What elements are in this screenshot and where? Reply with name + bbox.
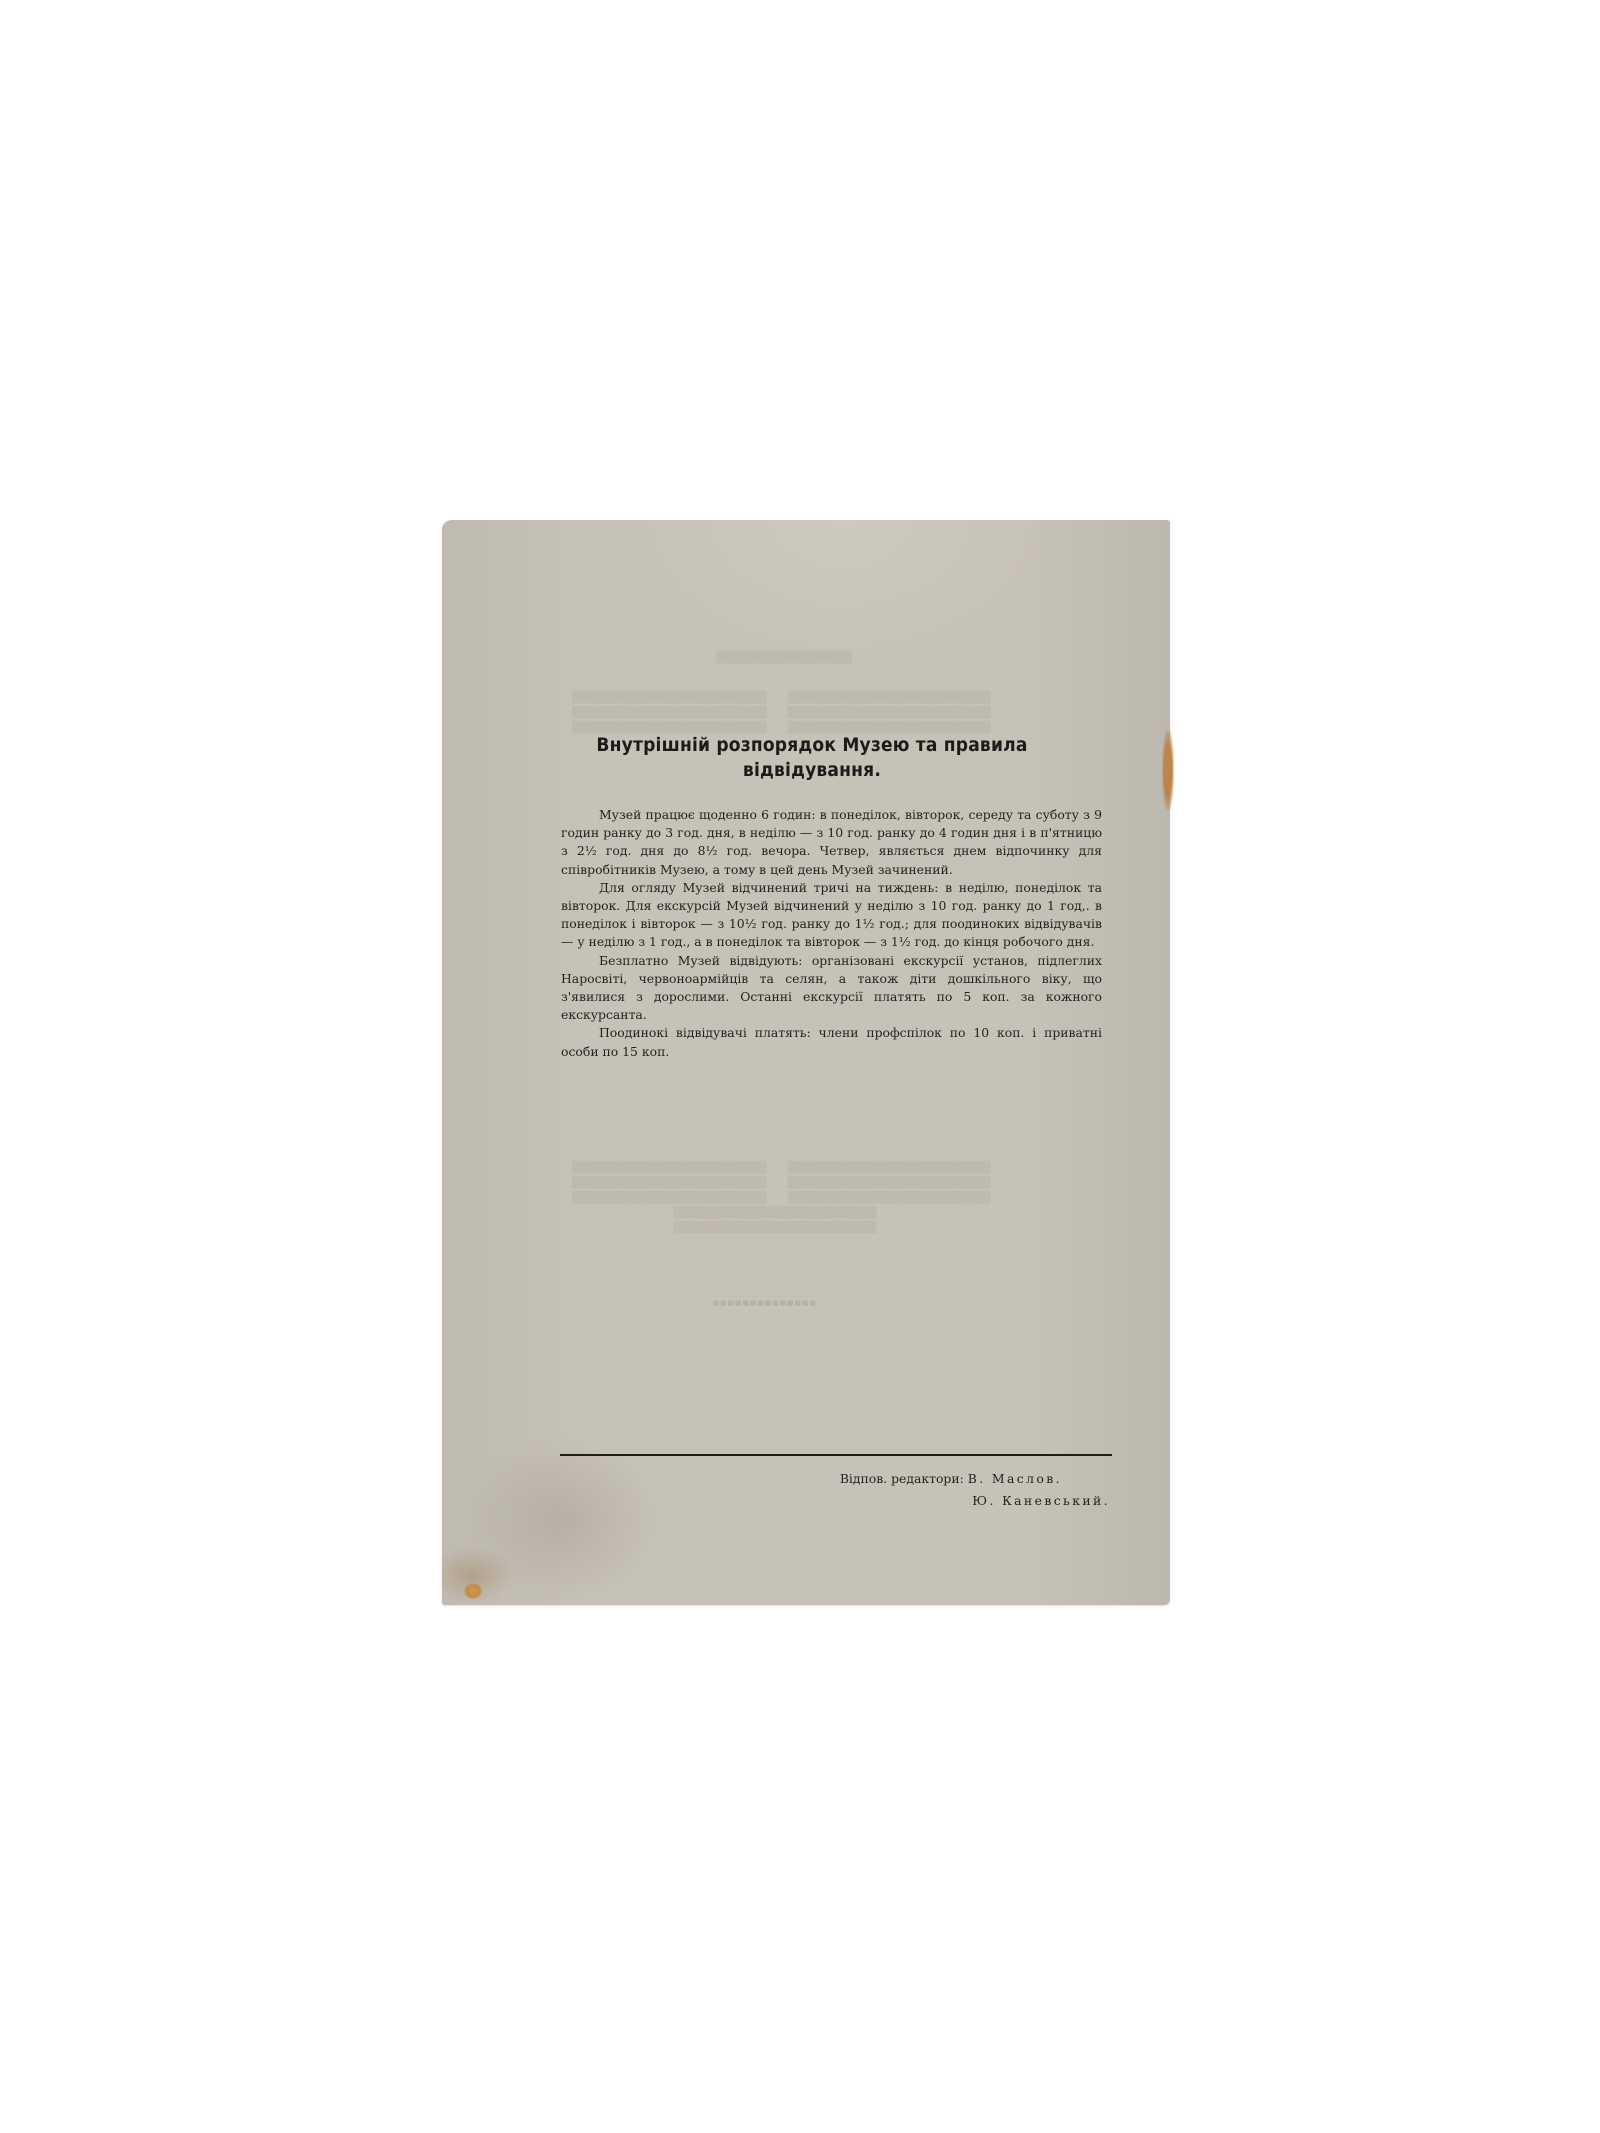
paragraph-hours: Музей працює щоденно 6 годин: в понеділо…: [561, 806, 1102, 879]
paragraph-free-admission: Безплатно Музей відвідують: організовані…: [561, 952, 1102, 1025]
bleed-through-ornament: ▪▪▪▪▪▪▪▪▪▪▪▪▪▪: [712, 1295, 816, 1310]
horizontal-rule: [560, 1454, 1112, 1456]
editor-name: Ю. Каневський.: [790, 1490, 1110, 1512]
stain-mark: [464, 1583, 482, 1599]
paragraph-fees: Поодинокі відвідувачі платять: члени про…: [561, 1024, 1102, 1060]
body-text: Музей працює щоденно 6 годин: в понеділо…: [561, 806, 1102, 1061]
credits-label: Відпов. редактори:: [840, 1471, 964, 1486]
paragraph-visiting-days: Для огляду Музей відчинений тричі на тиж…: [561, 879, 1102, 952]
bleed-through-text: ▒▒▒▒▒▒▒▒▒▒▒▒▒▒▒▒▒▒▒▒▒▒▒ ▒▒▒▒▒▒▒▒▒▒▒▒▒▒▒▒…: [572, 690, 991, 735]
page-title: Внутрішній розпорядок Музею та правила в…: [552, 733, 1072, 783]
stain-mark: [1162, 730, 1174, 810]
editor-name: В. Маслов.: [968, 1471, 1062, 1486]
bleed-through-text: ▒▒▒▒▒▒▒▒▒▒▒▒▒▒▒▒: [622, 650, 852, 665]
editors-credits: Відпов. редактори: В. Маслов. Ю. Каневсь…: [790, 1468, 1110, 1512]
document-page: ▒▒▒▒▒▒▒▒▒▒▒▒▒▒▒▒ ▒▒▒▒▒▒▒▒▒▒▒▒▒▒▒▒▒▒▒▒▒▒▒…: [442, 520, 1170, 1605]
bleed-through-text: ▒▒▒▒▒▒▒▒▒▒▒▒▒▒▒▒▒▒▒▒▒▒▒ ▒▒▒▒▒▒▒▒▒▒▒▒▒▒▒▒…: [572, 1160, 991, 1235]
credits-line-1: Відпов. редактори: В. Маслов.: [790, 1468, 1110, 1490]
